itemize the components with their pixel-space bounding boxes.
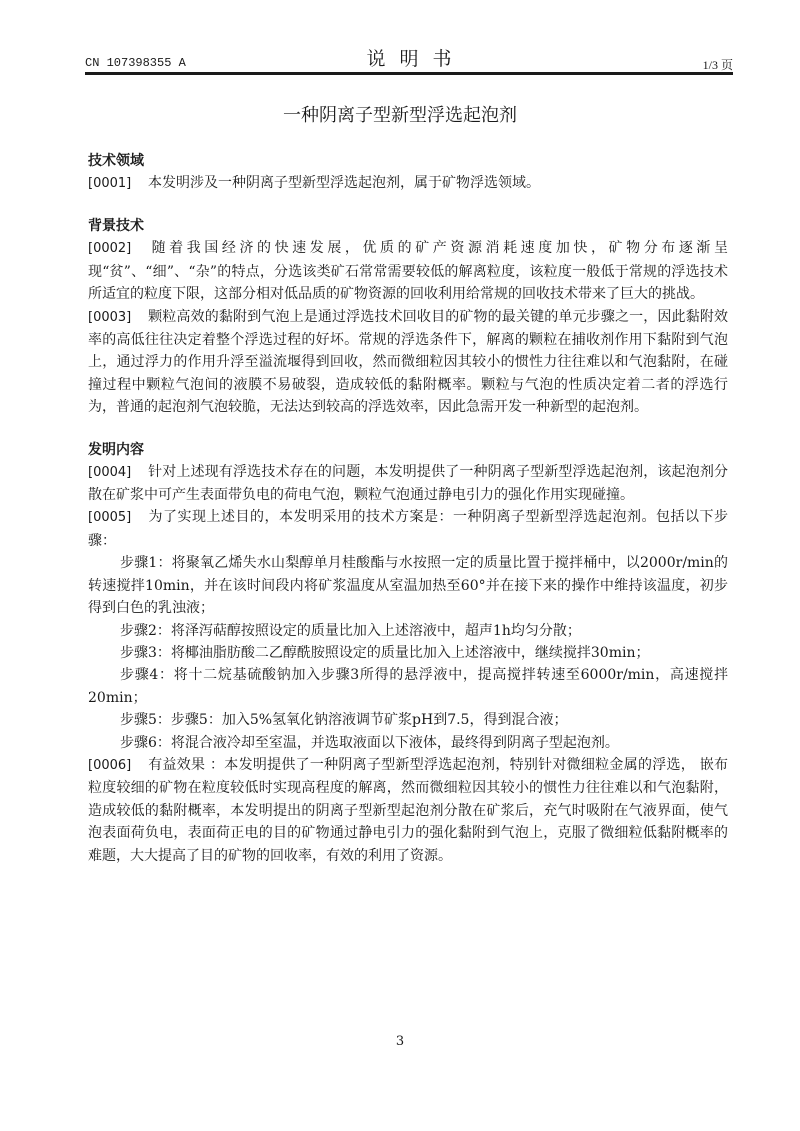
paragraph: [0003]颗粒高效的黏附到气泡上是通过浮选技术回收目的矿物的最关键的单元步骤之… <box>88 306 728 419</box>
paragraph: [0004]针对上述现有浮选技术存在的问题，本发明提供了一种阴离子型新型浮选起泡… <box>88 461 728 507</box>
paragraph: [0001]本发明涉及一种阴离子型新型浮选起泡剂，属于矿物浮选领域。 <box>88 172 728 195</box>
page-number: 3 <box>0 1034 800 1049</box>
step-1: 步骤1：将聚氧乙烯失水山梨醇单月桂酸酯与水按照一定的质量比置于搅拌桶中，以200… <box>88 552 728 619</box>
paragraph-number: [0002] <box>88 238 148 260</box>
paragraph: [0006]有益效果 ：本发明提供了一种阴离子型新型浮选起泡剂，特别针对微细粒金… <box>88 754 728 867</box>
paragraph-text: 本发明涉及一种阴离子型新型浮选起泡剂，属于矿物浮选领域。 <box>148 175 540 191</box>
paragraph-text: 颗粒高效的黏附到气泡上是通过浮选技术回收目的矿物的最关键的单元步骤之一，因此黏附… <box>88 309 728 416</box>
paragraph-text: 针对上述现有浮选技术存在的问题，本发明提供了一种阴离子型新型浮选起泡剂，该起泡剂… <box>88 464 728 503</box>
section-heading: 技术领域 <box>88 150 728 172</box>
paragraph-number: [0003] <box>88 307 148 329</box>
step-4: 步骤4：将十二烷基硫酸钠加入步骤3所得的悬浮液中，提高搅拌转速至6000r/mi… <box>88 664 728 709</box>
document-title: 一种阴离子型新型浮选起泡剂 <box>0 101 800 127</box>
step-3: 步骤3：将椰油脂肪酸二乙醇酰胺照设定的质量比加入上述溶液中，继续搅拌30min； <box>88 642 728 664</box>
step-2: 步骤2：将泽泻萜醇按照设定的质量比加入上述溶液中，超声1h均匀分散； <box>88 620 728 642</box>
section-heading: 发明内容 <box>88 439 728 461</box>
paragraph-text: 随着我国经济的快速发展，优质的矿产资源消耗速度加快，矿物分布逐渐呈现“贫”、“细… <box>88 240 728 302</box>
paragraph: [0002]随着我国经济的快速发展，优质的矿产资源消耗速度加快，矿物分布逐渐呈现… <box>88 237 728 305</box>
page-indicator: 1/3 页 <box>703 56 733 73</box>
paragraph-text: 有益效果 ：本发明提供了一种阴离子型新型浮选起泡剂，特别针对微细粒金属的浮选， … <box>88 757 728 864</box>
section-heading: 背景技术 <box>88 215 728 237</box>
page-header: CN 107398355 A 说明书 1/3 页 <box>85 40 733 74</box>
header-title: 说明书 <box>85 44 733 71</box>
section-technical-field: 技术领域 [0001]本发明涉及一种阴离子型新型浮选起泡剂，属于矿物浮选领域。 <box>88 150 728 195</box>
header-rule <box>85 72 733 75</box>
paragraph-text: 为了实现上述目的，本发明采用的技术方案是：一种阴离子型新型浮选起泡剂。包括以下步… <box>88 509 728 548</box>
step-5: 步骤5：步骤5：加入5%氢氧化钠溶液调节矿浆pH到7.5，得到混合液； <box>88 709 728 731</box>
paragraph-number: [0004] <box>88 462 148 484</box>
section-background: 背景技术 [0002]随着我国经济的快速发展，优质的矿产资源消耗速度加快，矿物分… <box>88 215 728 418</box>
paragraph: [0005]为了实现上述目的，本发明采用的技术方案是：一种阴离子型新型浮选起泡剂… <box>88 506 728 552</box>
step-6: 步骤6：将混合液冷却至室温，并选取液面以下液体，最终得到阴离子型起泡剂。 <box>88 732 728 754</box>
paragraph-number: [0001] <box>88 173 148 195</box>
document-body: 技术领域 [0001]本发明涉及一种阴离子型新型浮选起泡剂，属于矿物浮选领域。 … <box>88 150 728 867</box>
paragraph-number: [0006] <box>88 755 148 777</box>
paragraph-number: [0005] <box>88 507 148 529</box>
section-invention-content: 发明内容 [0004]针对上述现有浮选技术存在的问题，本发明提供了一种阴离子型新… <box>88 439 728 867</box>
